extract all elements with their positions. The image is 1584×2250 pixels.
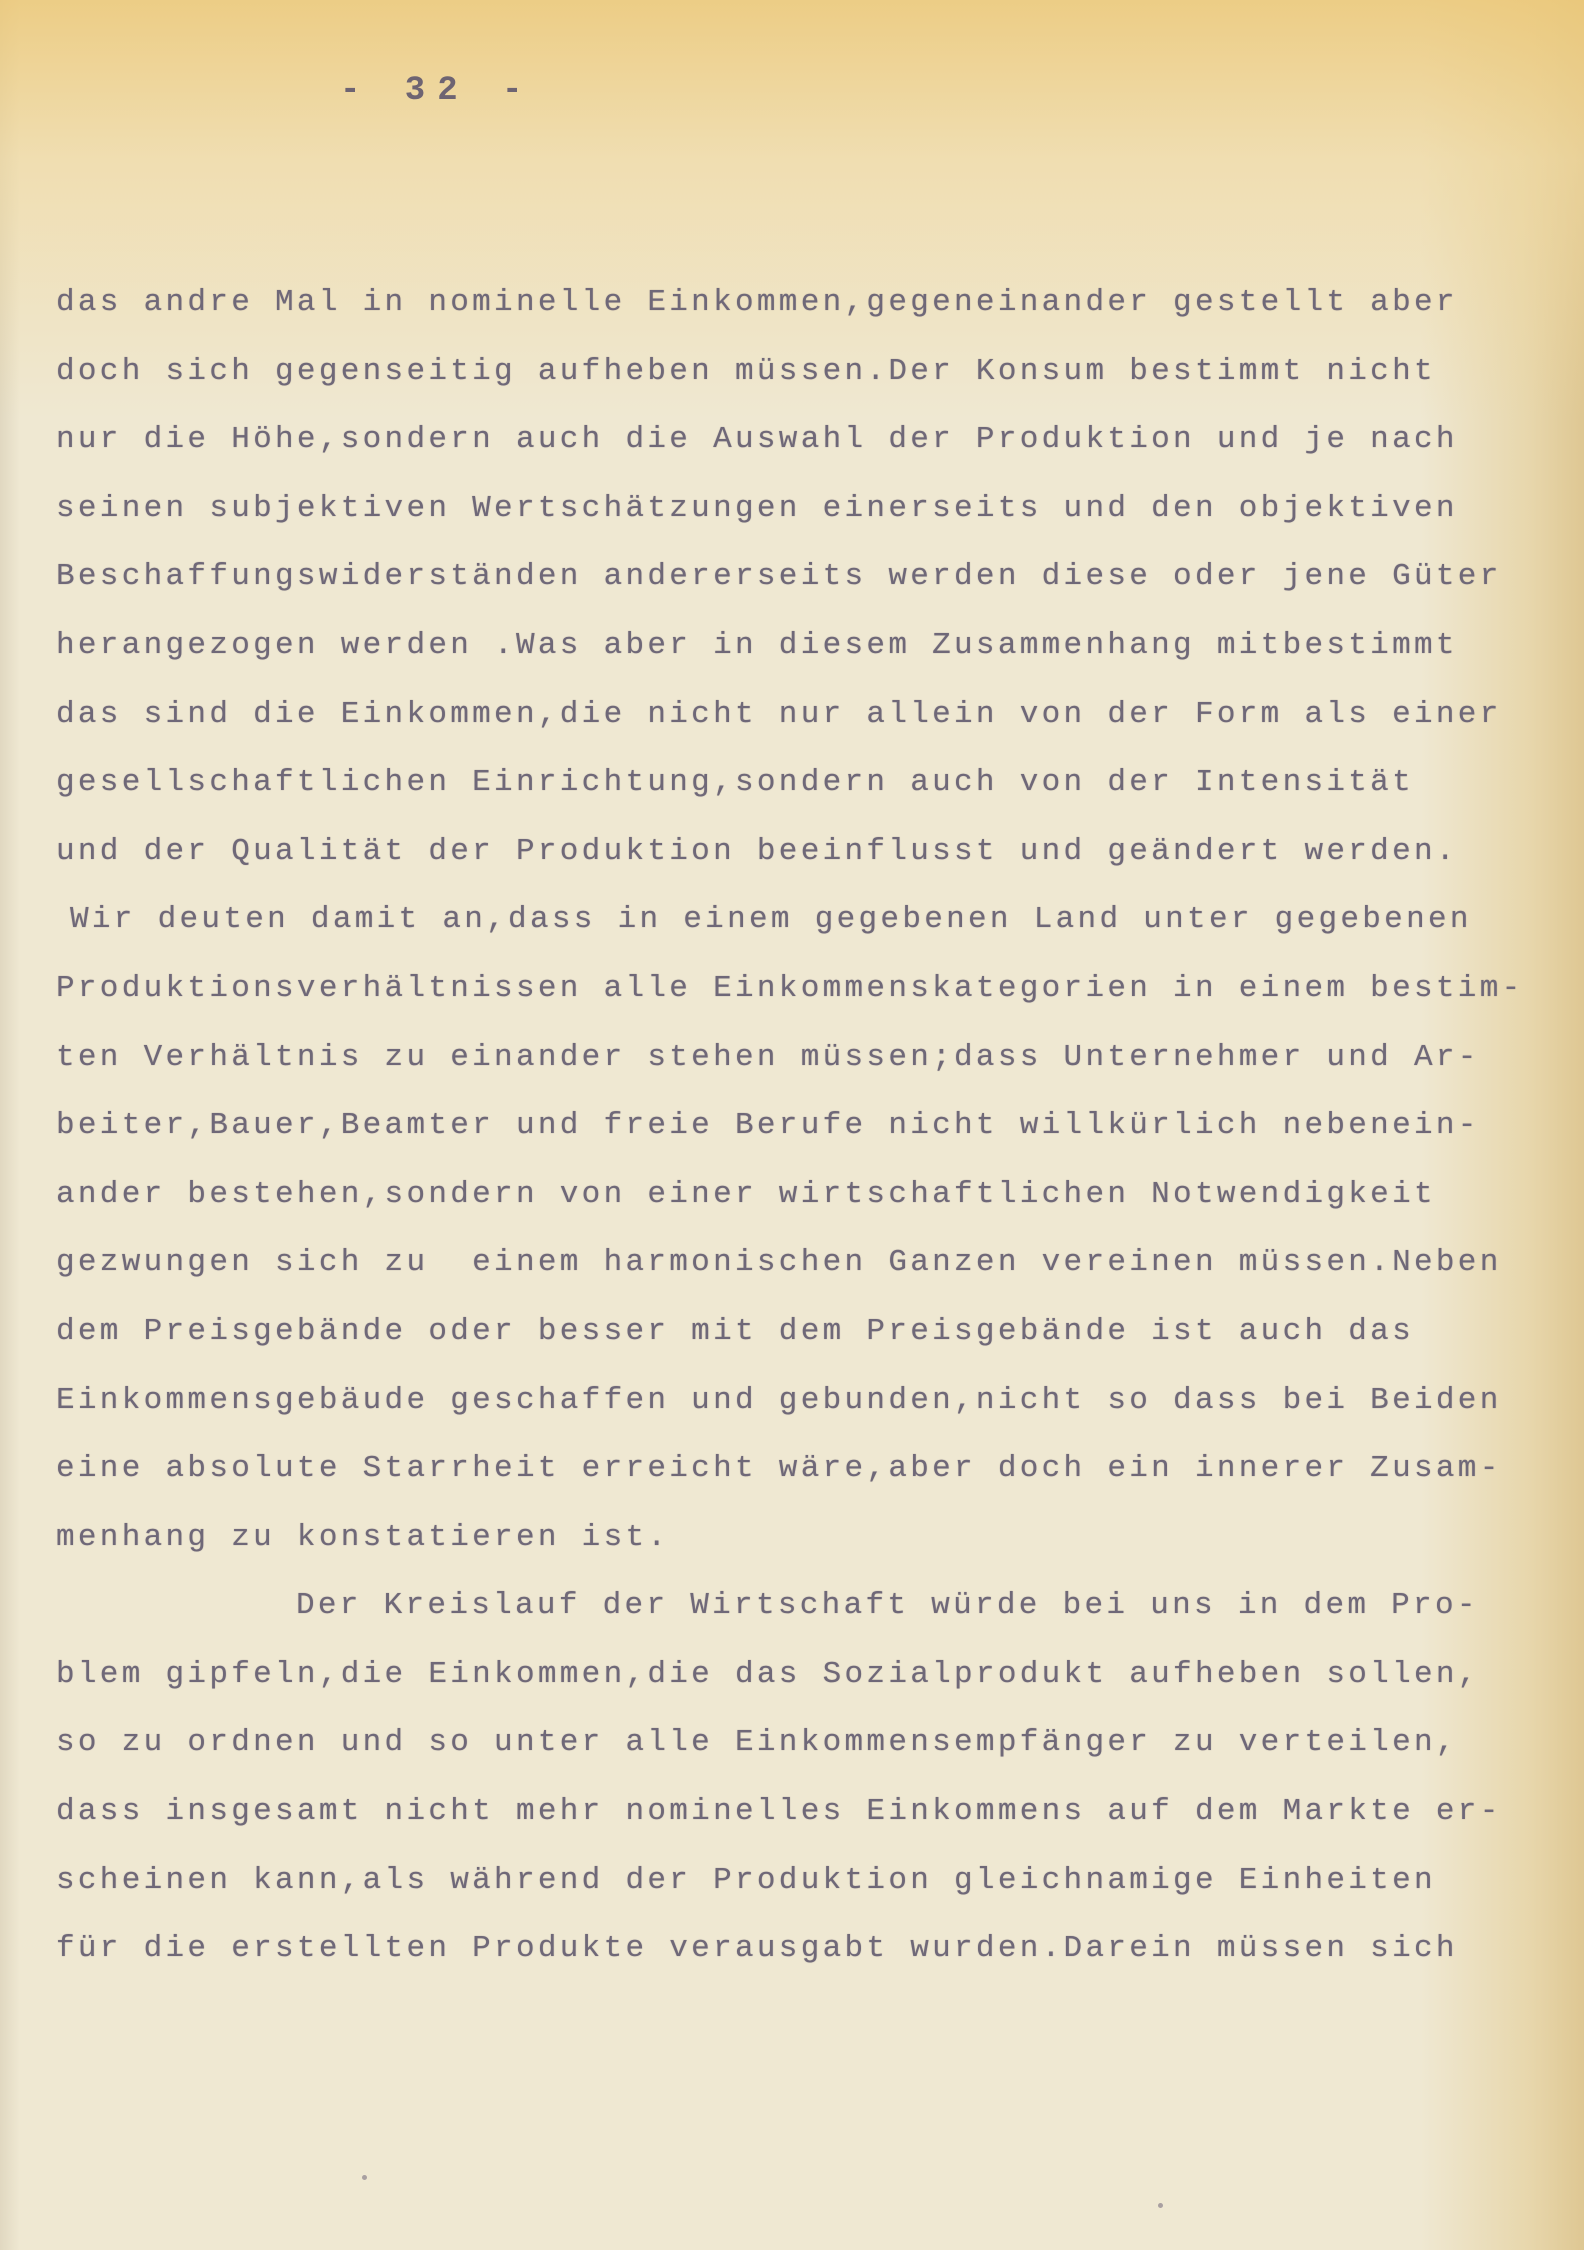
text-line: eine absolute Starrheit erreicht wäre,ab…: [56, 1449, 1556, 1518]
document-page: - 32 - das andre Mal in nominelle Einkom…: [0, 0, 1584, 2250]
text-line: gezwungen sich zu einem harmonischen Gan…: [56, 1243, 1556, 1312]
text-line: beiter,Bauer,Beamter und freie Berufe ni…: [56, 1106, 1556, 1175]
text-line: so zu ordnen und so unter alle Einkommen…: [56, 1723, 1556, 1792]
text-line: Produktionsverhältnissen alle Einkommens…: [56, 969, 1556, 1038]
text-line: Einkommensgebäude geschaffen und gebunde…: [56, 1381, 1556, 1450]
text-line: das sind die Einkommen,die nicht nur all…: [56, 695, 1556, 764]
text-line: herangezogen werden .Was aber in diesem …: [56, 626, 1556, 695]
paper-speck: [362, 2175, 367, 2180]
text-line: Beschaffungswiderständen andererseits we…: [56, 557, 1556, 626]
text-line: Wir deuten damit an,dass in einem gegebe…: [56, 900, 1556, 969]
text-line: doch sich gegenseitig aufheben müssen.De…: [56, 352, 1556, 421]
text-line: blem gipfeln,die Einkommen,die das Sozia…: [56, 1655, 1556, 1724]
paper-speck: [1158, 2203, 1163, 2208]
body-text: das andre Mal in nominelle Einkommen,geg…: [56, 283, 1556, 1998]
text-line: seinen subjektiven Wertschätzungen einer…: [56, 489, 1556, 558]
text-line: für die erstellten Produkte verausgabt w…: [56, 1929, 1556, 1998]
text-line: ten Verhältnis zu einander stehen müssen…: [56, 1038, 1556, 1107]
text-line: das andre Mal in nominelle Einkommen,geg…: [56, 283, 1556, 352]
text-line: gesellschaftlichen Einrichtung,sondern a…: [56, 763, 1556, 832]
page-number: - 32 -: [340, 72, 534, 110]
text-line: dem Preisgebände oder besser mit dem Pre…: [56, 1312, 1556, 1381]
text-line: ander bestehen,sondern von einer wirtsch…: [56, 1175, 1556, 1244]
text-line: scheinen kann,als während der Produktion…: [56, 1861, 1556, 1930]
text-line: und der Qualität der Produktion beeinflu…: [56, 832, 1556, 901]
text-line: menhang zu konstatieren ist.: [56, 1518, 1556, 1587]
text-line: dass insgesamt nicht mehr nominelles Ein…: [56, 1792, 1556, 1861]
text-line: nur die Höhe,sondern auch die Auswahl de…: [56, 420, 1556, 489]
text-line: Der Kreislauf der Wirtschaft würde bei u…: [56, 1586, 1556, 1655]
